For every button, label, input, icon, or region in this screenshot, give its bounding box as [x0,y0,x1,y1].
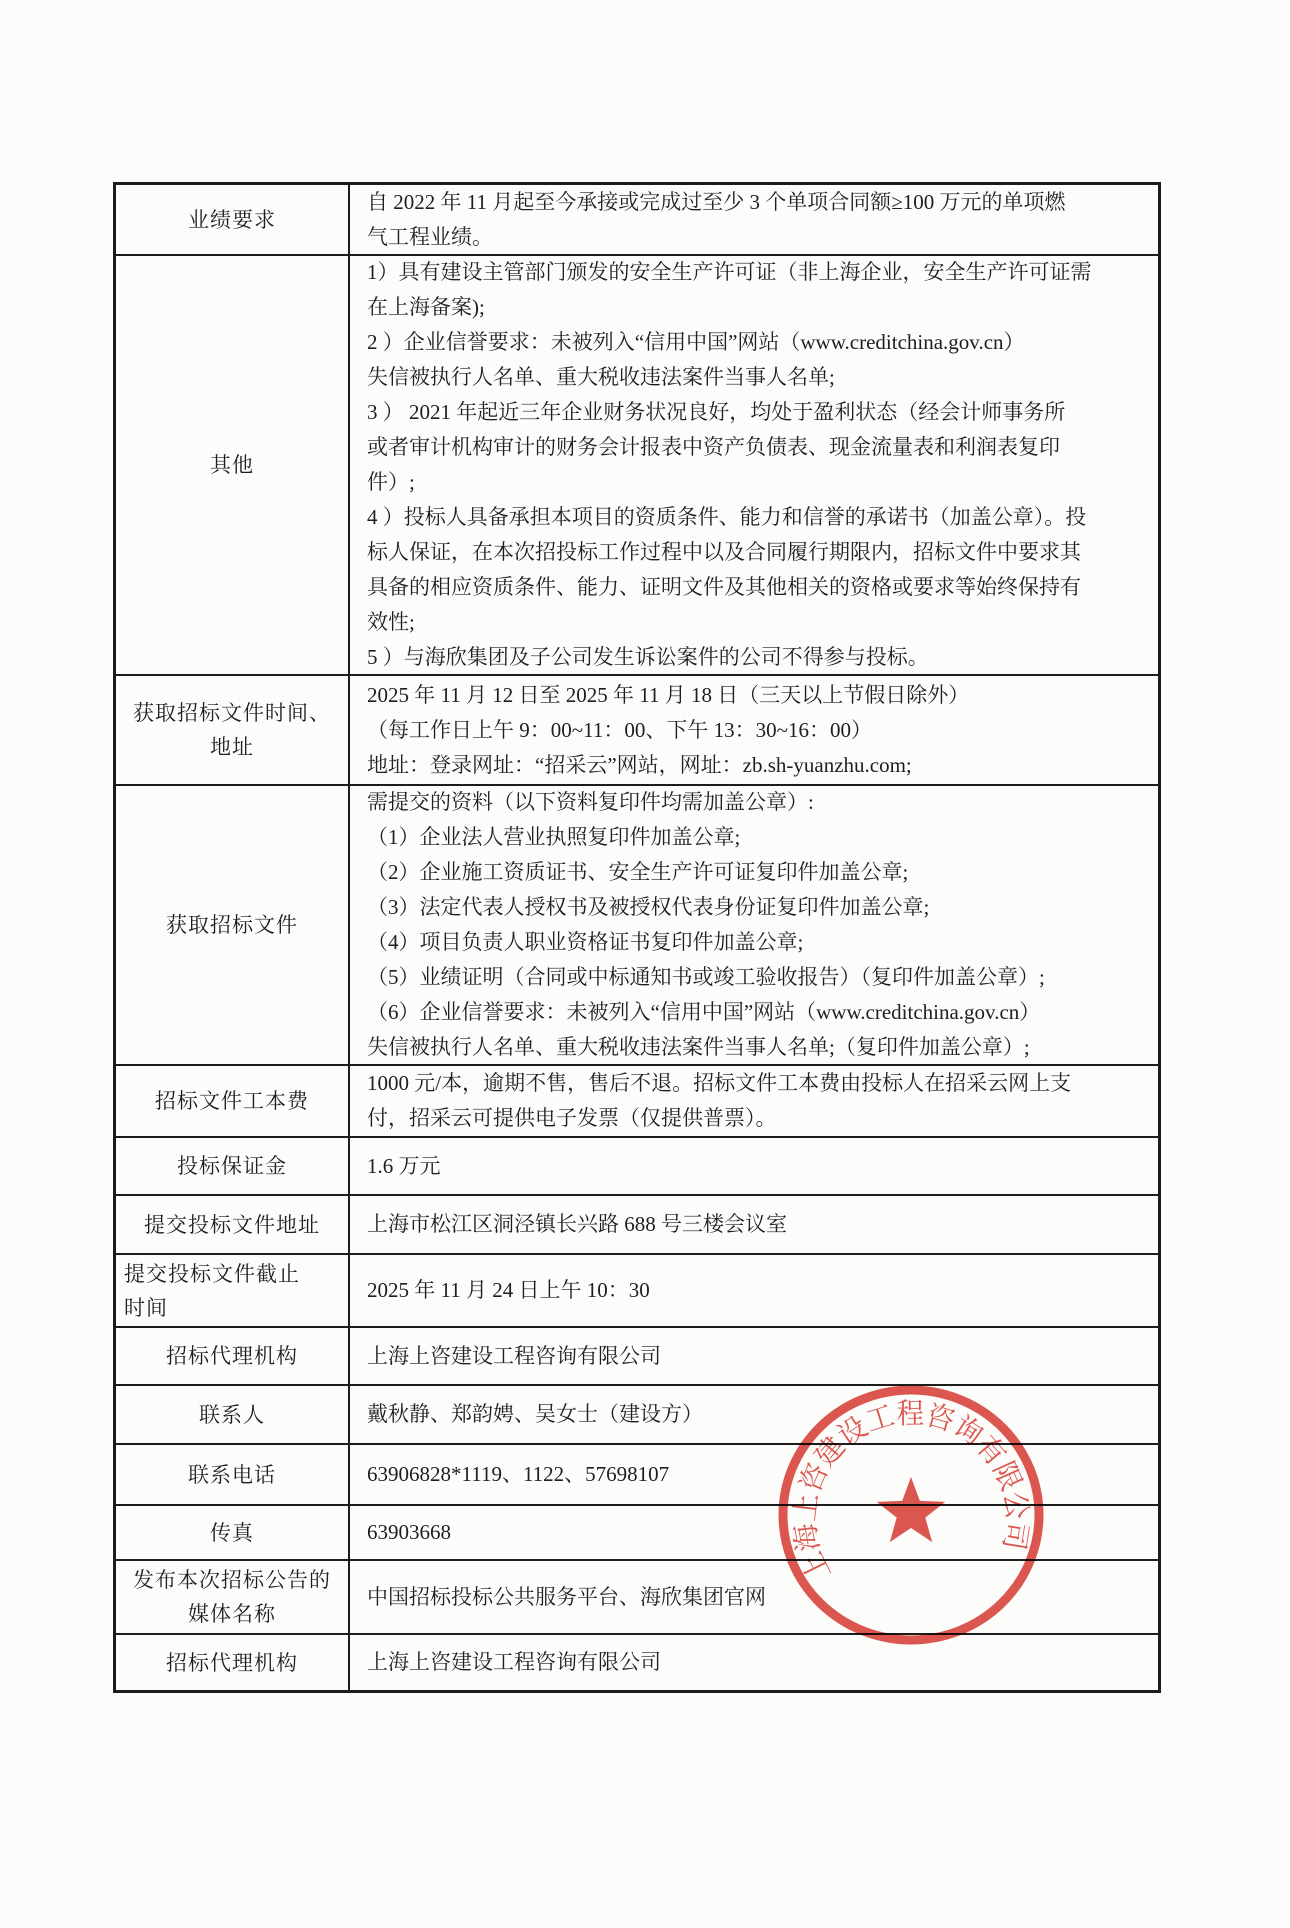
row-content-text: 失信被执行人名单、重大税收违法案件当事人名单;（复印件加盖公章）; [367,1030,1154,1064]
row-content-text: 件）; [367,465,1154,500]
row-content-text: 或者审计机构审计的财务会计报表中资产负债表、现金流量表和利润表复印 [367,430,1154,465]
row-content-text: 上海市松江区洞泾镇长兴路 688 号三楼会议室 [367,1207,1154,1242]
row-label-text: 招标代理机构 [166,1646,298,1680]
row-content-text: 63903668 [367,1515,1154,1550]
row-content-cell: 1）具有建设主管部门颁发的安全生产许可证（非上海企业，安全生产许可证需在上海备案… [350,256,1158,674]
row-label-text: 联系人 [199,1398,265,1432]
table-row: 其他 1）具有建设主管部门颁发的安全生产许可证（非上海企业，安全生产许可证需在上… [116,256,1158,676]
row-content-text: （4）项目负责人职业资格证书复印件加盖公章; [367,925,1154,960]
row-content-cell: 63906828*1119、1122、57698107 [350,1445,1158,1504]
row-label-cell: 投标保证金 [116,1138,350,1194]
row-content-text: 1）具有建设主管部门颁发的安全生产许可证（非上海企业，安全生产许可证需 [367,256,1154,290]
row-content-text: 3 ） 2021 年起近三年企业财务状况良好，均处于盈利状态（经会计师事务所 [367,395,1154,430]
row-content-cell: 自 2022 年 11 月起至今承接或完成过至少 3 个单项合同额≥100 万元… [350,185,1158,254]
table-row: 提交投标文件截止时间 2025 年 11 月 24 日上午 10：30 [116,1255,1158,1328]
row-content-text: （5）业绩证明（合同或中标通知书或竣工验收报告）（复印件加盖公章）; [367,960,1154,995]
tender-info-table: 业绩要求 自 2022 年 11 月起至今承接或完成过至少 3 个单项合同额≥1… [113,182,1161,1693]
row-label-cell: 获取招标文件 [116,786,350,1064]
row-content-text: 2 ）企业信誉要求：未被列入“信用中国”网站（www.creditchina.g… [367,325,1154,360]
row-content-cell: 63903668 [350,1506,1158,1559]
row-content-text: 5 ）与海欣集团及子公司发生诉讼案件的公司不得参与投标。 [367,640,1154,674]
row-label-text: 地址 [210,730,254,764]
row-content-text: 具备的相应资质条件、能力、证明文件及其他相关的资格或要求等始终保持有 [367,570,1154,605]
row-label-cell: 提交投标文件截止时间 [116,1255,350,1326]
row-label-text: 提交投标文件截止 [124,1257,300,1291]
row-label-text: 发布本次招标公告的 [133,1563,331,1597]
row-content-text: （每工作日上午 9：00~11：00、下午 13：30~16：00） [367,713,1154,748]
row-content-text: （2）企业施工资质证书、安全生产许可证复印件加盖公章; [367,855,1154,890]
row-content-text: 在上海备案); [367,290,1154,325]
table-row: 业绩要求 自 2022 年 11 月起至今承接或完成过至少 3 个单项合同额≥1… [116,185,1158,256]
table-row: 发布本次招标公告的媒体名称 中国招标投标公共服务平台、海欣集团官网 [116,1561,1158,1635]
row-content-cell: 2025 年 11 月 12 日至 2025 年 11 月 18 日（三天以上节… [350,676,1158,784]
row-label-cell: 传真 [116,1506,350,1559]
table-row: 提交投标文件地址 上海市松江区洞泾镇长兴路 688 号三楼会议室 [116,1196,1158,1255]
row-label-text: 媒体名称 [188,1597,276,1631]
table-row: 传真 63903668 [116,1506,1158,1561]
row-label-text: 其他 [210,448,254,482]
row-content-text: 63906828*1119、1122、57698107 [367,1457,1154,1492]
row-content-text: 标人保证，在本次招投标工作过程中以及合同履行期限内，招标文件中要求其 [367,535,1154,570]
row-content-cell: 上海市松江区洞泾镇长兴路 688 号三楼会议室 [350,1196,1158,1253]
row-label-cell: 招标文件工本费 [116,1066,350,1136]
table-row: 投标保证金 1.6 万元 [116,1138,1158,1196]
row-label-text: 提交投标文件地址 [144,1208,320,1242]
row-label-text: 传真 [210,1516,254,1550]
row-label-cell: 招标代理机构 [116,1328,350,1384]
row-content-text: 付，招采云可提供电子发票（仅提供普票）。 [367,1101,1154,1136]
row-content-text: 2025 年 11 月 24 日上午 10：30 [367,1273,1154,1308]
row-content-cell: 需提交的资料（以下资料复印件均需加盖公章）:（1）企业法人营业执照复印件加盖公章… [350,786,1158,1064]
row-label-cell: 招标代理机构 [116,1635,350,1690]
row-content-cell: 2025 年 11 月 24 日上午 10：30 [350,1255,1158,1326]
row-label-cell: 获取招标文件时间、地址 [116,676,350,784]
row-content-text: 1.6 万元 [367,1149,1154,1184]
table-row: 招标文件工本费 1000 元/本，逾期不售，售后不退。招标文件工本费由投标人在招… [116,1066,1158,1138]
table-row: 招标代理机构 上海上咨建设工程咨询有限公司 [116,1635,1158,1690]
table-row: 联系电话 63906828*1119、1122、57698107 [116,1445,1158,1506]
row-content-text: 戴秋静、郑韵娉、吴女士（建设方） [367,1397,1154,1432]
table-row: 联系人 戴秋静、郑韵娉、吴女士（建设方） [116,1386,1158,1445]
row-label-text: 获取招标文件 [166,908,298,942]
row-content-cell: 1.6 万元 [350,1138,1158,1194]
row-label-text: 时间 [124,1291,168,1325]
table-row: 招标代理机构 上海上咨建设工程咨询有限公司 [116,1328,1158,1386]
row-content-text: 需提交的资料（以下资料复印件均需加盖公章）: [367,786,1154,820]
row-content-cell: 中国招标投标公共服务平台、海欣集团官网 [350,1561,1158,1633]
row-content-text: 自 2022 年 11 月起至今承接或完成过至少 3 个单项合同额≥100 万元… [367,185,1154,220]
row-content-text: 气工程业绩。 [367,220,1154,255]
row-content-text: 失信被执行人名单、重大税收违法案件当事人名单; [367,360,1154,395]
row-content-cell: 戴秋静、郑韵娉、吴女士（建设方） [350,1386,1158,1443]
scanned-document-page: { "document": { "type_note": "tender ann… [0,0,1290,1928]
row-label-text: 获取招标文件时间、 [133,696,331,730]
row-label-text: 投标保证金 [177,1149,287,1183]
table-row: 获取招标文件时间、地址 2025 年 11 月 12 日至 2025 年 11 … [116,676,1158,786]
row-content-text: 中国招标投标公共服务平台、海欣集团官网 [367,1580,1154,1615]
row-label-text: 联系电话 [188,1458,276,1492]
row-label-cell: 联系电话 [116,1445,350,1504]
row-label-cell: 发布本次招标公告的媒体名称 [116,1561,350,1633]
row-content-text: 地址：登录网址：“招采云”网站，网址：zb.sh-yuanzhu.com; [367,748,1154,783]
row-label-cell: 其他 [116,256,350,674]
row-content-text: 上海上咨建设工程咨询有限公司 [367,1645,1154,1680]
row-content-text: 效性; [367,605,1154,640]
row-content-text: （3）法定代表人授权书及被授权代表身份证复印件加盖公章; [367,890,1154,925]
row-label-cell: 联系人 [116,1386,350,1443]
row-content-cell: 上海上咨建设工程咨询有限公司 [350,1328,1158,1384]
row-content-text: 4 ）投标人具备承担本项目的资质条件、能力和信誉的承诺书（加盖公章）。投 [367,500,1154,535]
row-content-text: 上海上咨建设工程咨询有限公司 [367,1339,1154,1374]
row-label-text: 招标文件工本费 [155,1084,309,1118]
row-label-text: 业绩要求 [188,203,276,237]
row-content-text: 2025 年 11 月 12 日至 2025 年 11 月 18 日（三天以上节… [367,678,1154,713]
row-content-text: （1）企业法人营业执照复印件加盖公章; [367,820,1154,855]
row-content-text: （6）企业信誉要求：未被列入“信用中国”网站（www.creditchina.g… [367,995,1154,1030]
row-content-cell: 1000 元/本，逾期不售，售后不退。招标文件工本费由投标人在招采云网上支付，招… [350,1066,1158,1136]
table-row: 获取招标文件 需提交的资料（以下资料复印件均需加盖公章）:（1）企业法人营业执照… [116,786,1158,1066]
row-content-text: 1000 元/本，逾期不售，售后不退。招标文件工本费由投标人在招采云网上支 [367,1066,1154,1101]
row-label-cell: 提交投标文件地址 [116,1196,350,1253]
row-content-cell: 上海上咨建设工程咨询有限公司 [350,1635,1158,1690]
row-label-cell: 业绩要求 [116,185,350,254]
row-label-text: 招标代理机构 [166,1339,298,1373]
